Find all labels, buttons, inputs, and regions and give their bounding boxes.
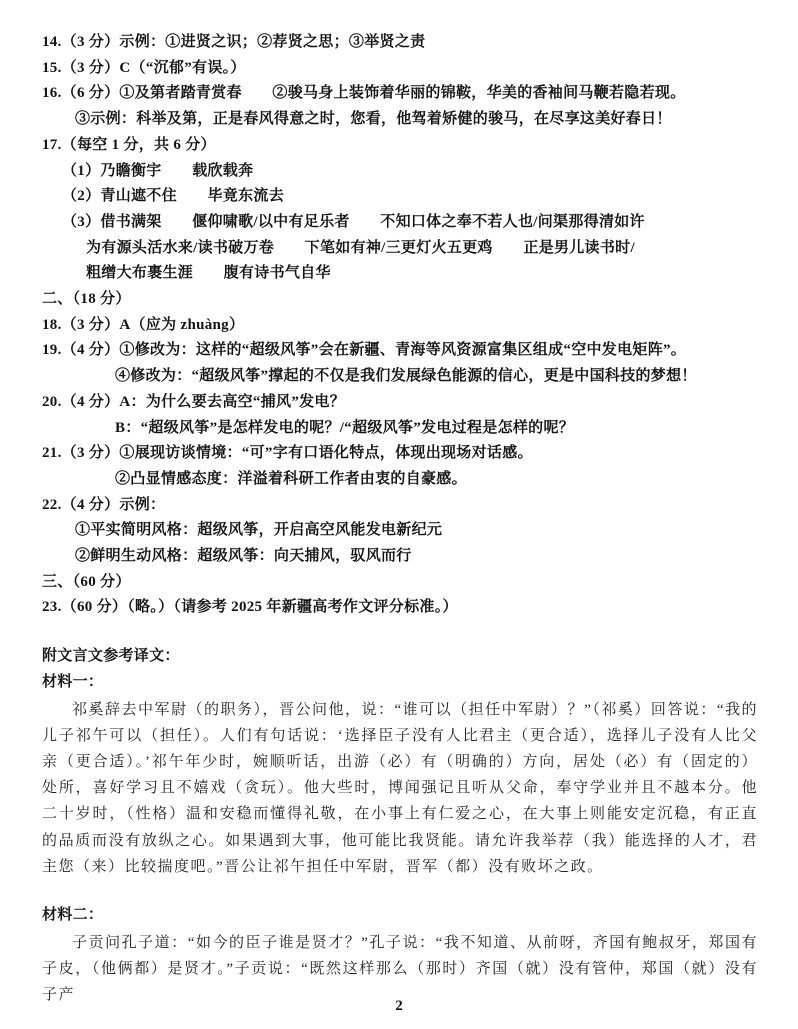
answer-line-19: 19.（4 分）①修改为：这样的“超级风筝”会在新疆、青海等风资源富集区组成“空… xyxy=(42,338,758,364)
answer-line-16: 16.（6 分）①及第者踏青赏春 ②骏马身上装饰着华丽的锦鞍，华美的香袖间马鞭若… xyxy=(42,81,758,107)
answer-line-17-1: （1）乃瞻衡宇 载欣载奔 xyxy=(62,159,758,185)
section-heading-2: 二、（18 分） xyxy=(42,287,758,313)
page-number: 2 xyxy=(0,998,798,1015)
answer-line-17: 17.（每空 1 分，共 6 分） xyxy=(42,133,758,159)
answer-line-20-a: 20.（4 分）A：为什么要去高空“捕风”发电？ xyxy=(42,390,758,416)
answer-line-21-cont: ②凸显情感态度：洋溢着科研工作者由衷的自豪感。 xyxy=(115,467,758,493)
material-1-paragraph: 祁奚辞去中军尉（的职务），晋公问他，说：“谁可以（担任中军尉）？”（祁奚）回答说… xyxy=(42,697,758,880)
answer-line-21: 21.（3 分）①展现访谈情境：“可”字有口语化特点，体现出现场对话感。 xyxy=(42,441,758,467)
answer-line-22-2: ②鲜明生动风格：超级风筝：向天捕风，驭风而行 xyxy=(75,544,758,570)
answer-line-19-cont: ④修改为：“超级风筝”撑起的不仅是我们发展绿色能源的信心，更是中国科技的梦想！ xyxy=(115,364,758,390)
answer-line-17-2: （2）青山遮不住 毕竟东流去 xyxy=(62,184,758,210)
translation-heading: 附文言文参考译文： xyxy=(42,644,758,670)
answer-line-20-b: B：“超级风筝”是怎样发电的呢？/“超级风筝”发电过程是怎样的呢？ xyxy=(115,416,758,442)
answer-line-15: 15.（3 分）C（“沉郁”有误。） xyxy=(42,56,758,82)
answers-section: 14.（3 分）示例：①进贤之识；②荐贤之思；③举贤之责 15.（3 分）C（“… xyxy=(42,30,758,621)
material-1-label: 材料一： xyxy=(42,670,758,696)
answer-line-17-3: （3）借书满架 偃仰啸歌/以中有足乐者 不知口体之奉不若人也/问渠那得清如许 xyxy=(62,210,758,236)
answer-line-17-3-cont: 为有源头活水来/读书破万卷 下笔如有神/三更灯火五更鸡 正是男儿读书时/ xyxy=(86,236,758,262)
answer-line-17-3-cont2: 粗缯大布裹生涯 腹有诗书气自华 xyxy=(86,261,758,287)
document-page: 14.（3 分）示例：①进贤之识；②荐贤之思；③举贤之责 15.（3 分）C（“… xyxy=(0,0,798,1029)
material-2-label: 材料二： xyxy=(42,903,758,929)
answer-line-14: 14.（3 分）示例：①进贤之识；②荐贤之思；③举贤之责 xyxy=(42,30,758,56)
translation-section: 附文言文参考译文： 材料一： 祁奚辞去中军尉（的职务），晋公问他，说：“谁可以（… xyxy=(42,644,758,1008)
material-2-paragraph: 子贡问孔子道：“如今的臣子谁是贤才？”孔子说：“我不知道、从前呀，齐国有鲍叔牙，… xyxy=(42,930,758,1009)
answer-line-18: 18.（3 分）A（应为 zhuàng） xyxy=(42,313,758,339)
answer-line-16-cont: ③示例：科举及第，正是春风得意之时，您看，他驾着矫健的骏马，在尽享这美好春日！ xyxy=(75,107,758,133)
answer-line-22: 22.（4 分）示例： xyxy=(42,493,758,519)
answer-line-23: 23.（60 分）（略。）（请参考 2025 年新疆高考作文评分标准。） xyxy=(42,595,758,621)
answer-line-22-1: ①平实简明风格：超级风筝，开启高空风能发电新纪元 xyxy=(75,518,758,544)
section-heading-3: 三、（60 分） xyxy=(42,570,758,596)
